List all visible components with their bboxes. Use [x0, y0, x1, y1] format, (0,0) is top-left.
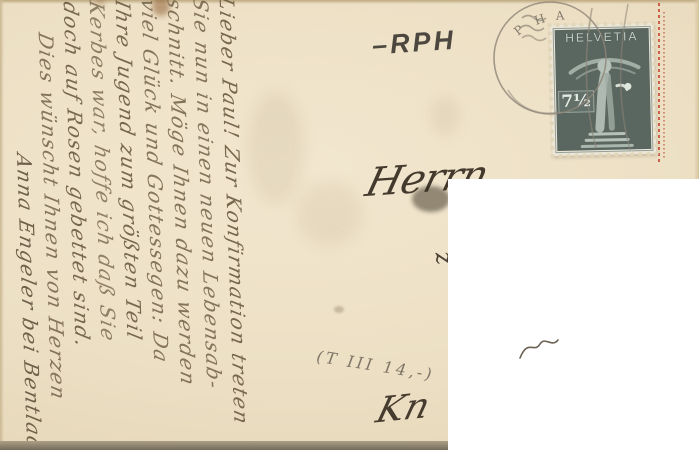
- red-dashed-edge-line: [658, 3, 660, 163]
- handwritten-message: Lieber Paul! Zur Konfirmation treten Sie…: [0, 0, 255, 450]
- ink-showthrough-smudge: [430, 96, 460, 136]
- stamp-denomination: 7½: [558, 90, 594, 113]
- ink-showthrough-smudge: [296, 182, 362, 246]
- postcard-scan: Lieber Paul! Zur Konfirmation treten Sie…: [0, 0, 699, 450]
- paper-right-edge: [694, 0, 699, 180]
- red-dashed-edge-line-fine: [663, 12, 665, 160]
- ink-blot: [412, 186, 450, 212]
- postage-stamp: HELVETIA 7½: [550, 23, 657, 156]
- ink-showthrough-smudge: [248, 92, 304, 204]
- redaction-box: [448, 179, 699, 450]
- stray-ink-mark: [514, 330, 564, 366]
- stamp-country-label: HELVETIA: [550, 29, 654, 45]
- ink-speck: [334, 306, 344, 313]
